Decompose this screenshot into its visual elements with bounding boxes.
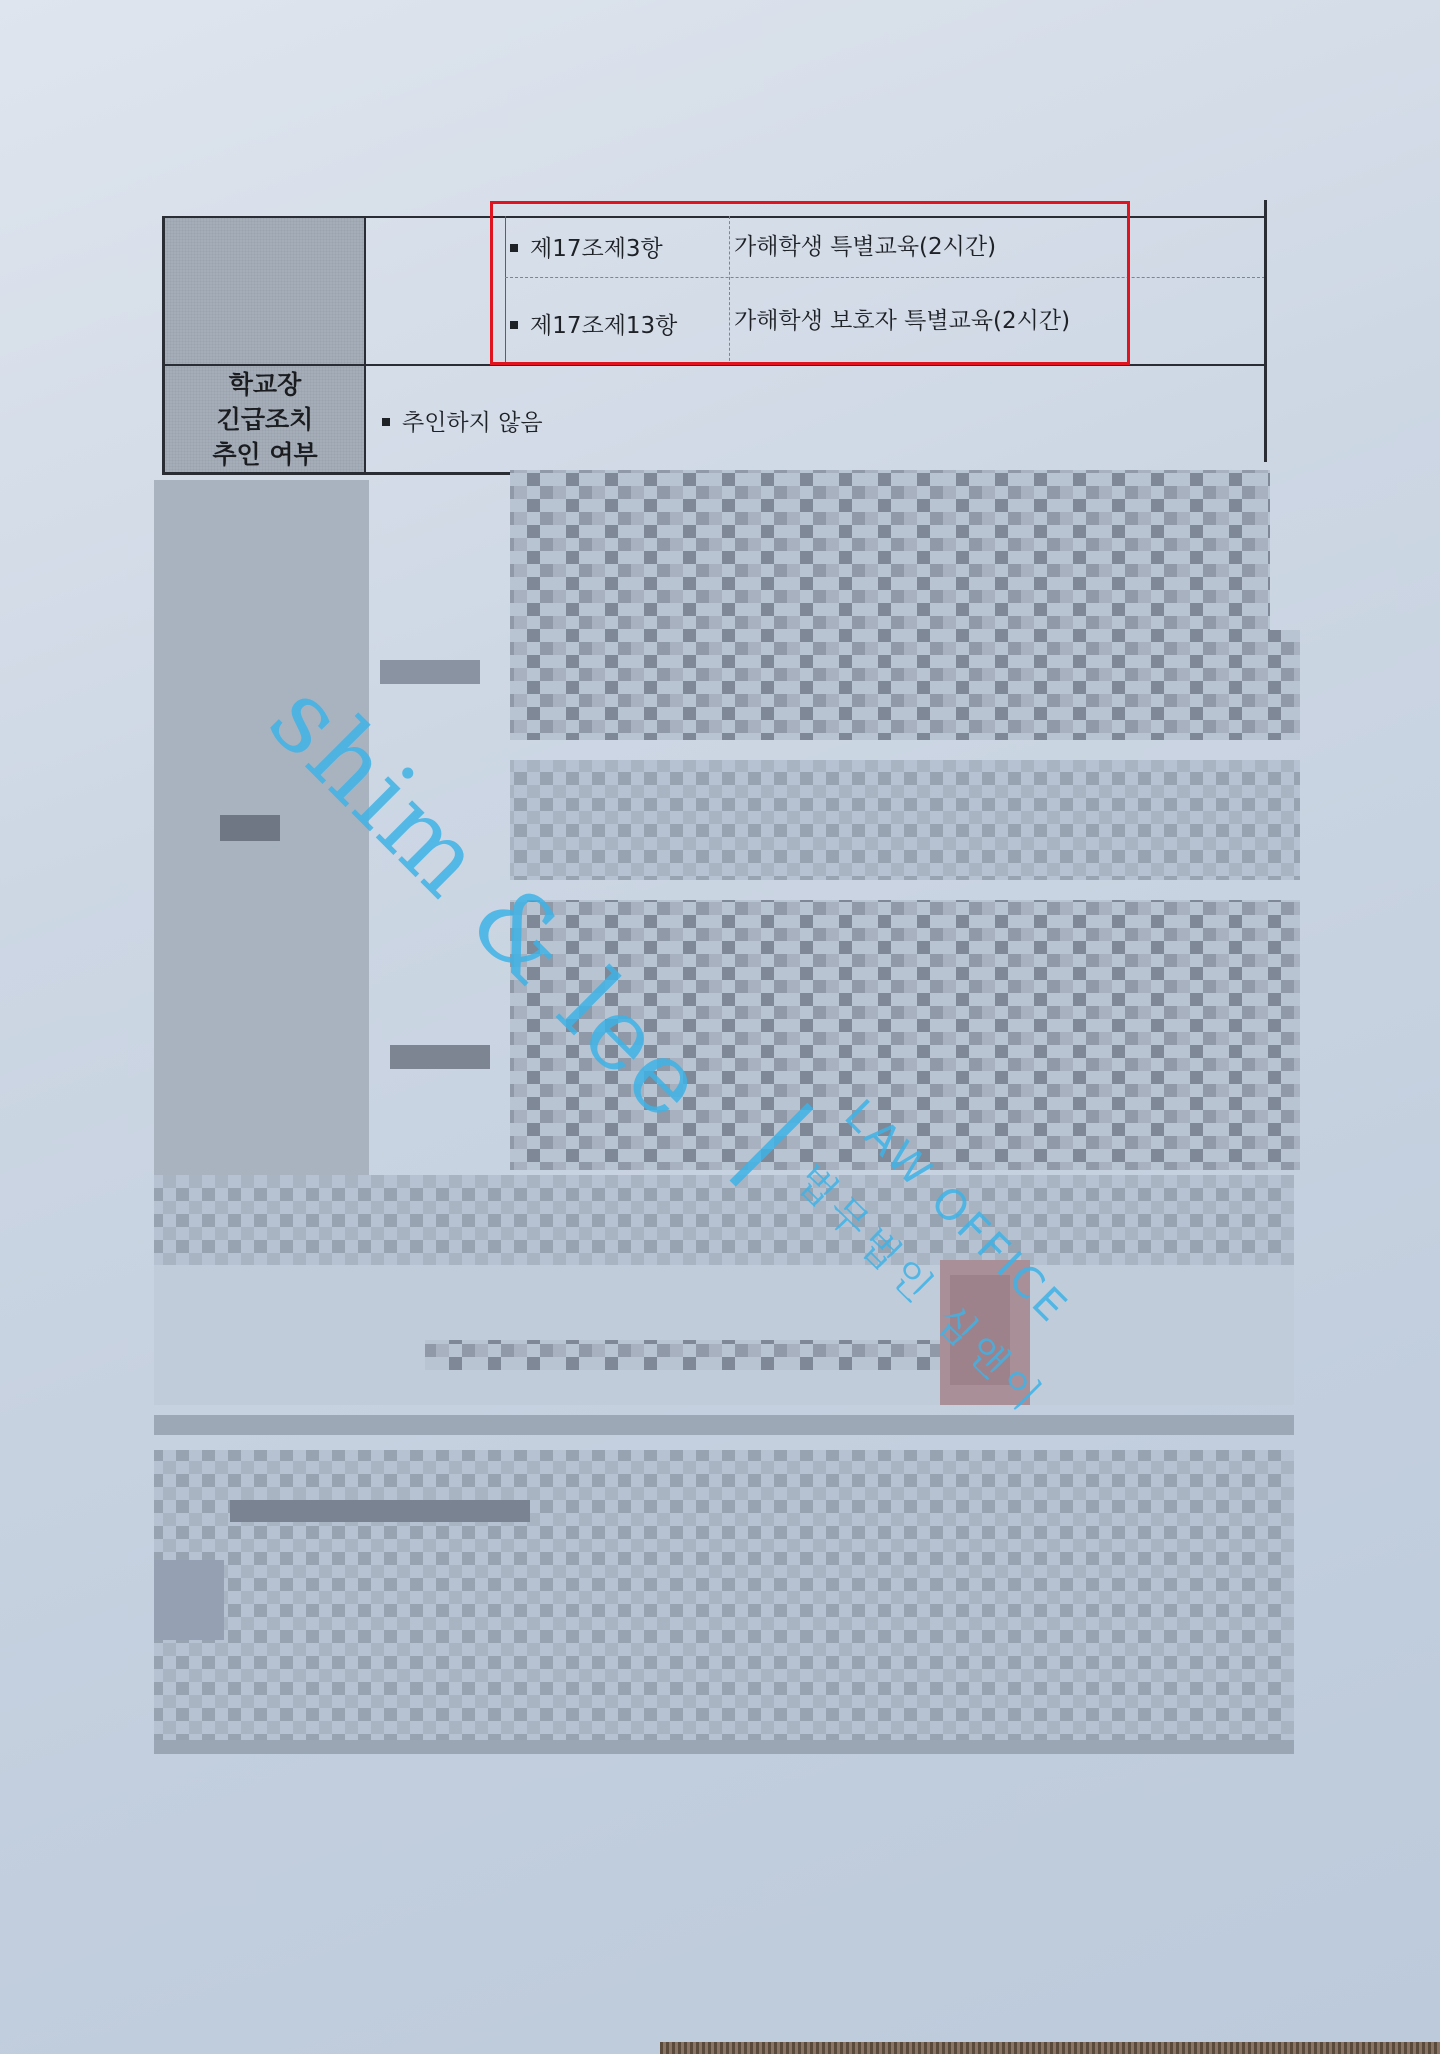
bullet-icon: [382, 418, 390, 426]
document-page: 제17조제3항 가해학생 특별교육(2시간) 제17조제13항 가해학생 보호자…: [0, 0, 1440, 2054]
table-border: [1264, 200, 1267, 462]
emergency-value: 추인하지 않음: [382, 404, 543, 437]
emergency-label: 학교장 긴급조치 추인 여부: [165, 367, 365, 472]
label-cell-blank: [163, 217, 365, 367]
blurred-content: [150, 460, 1300, 1760]
emergency-value-text: 추인하지 않음: [402, 410, 543, 436]
highlight-box: [490, 201, 1130, 365]
label-line: 학교장: [165, 367, 365, 402]
label-line: 긴급조치: [165, 402, 365, 437]
